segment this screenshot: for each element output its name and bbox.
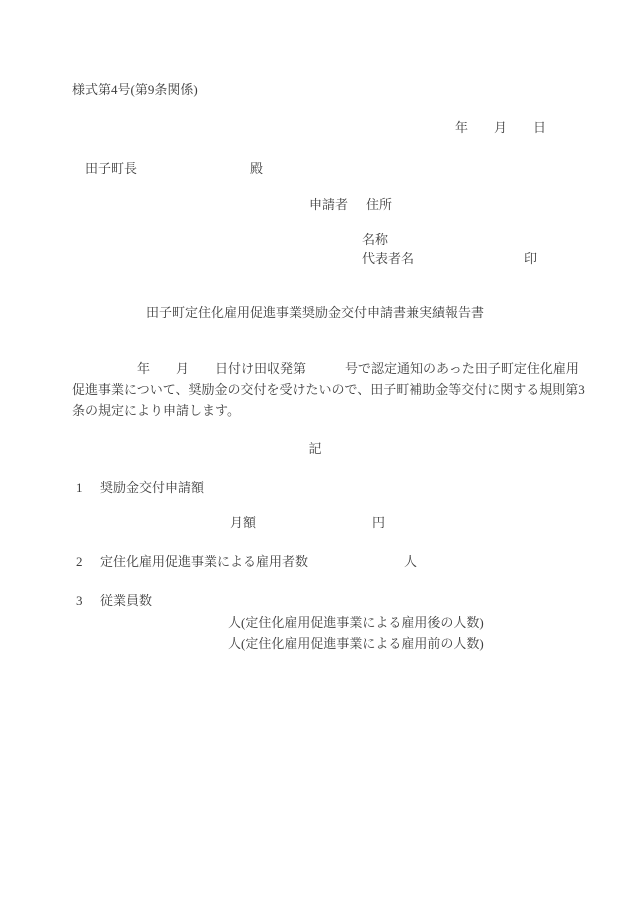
- item-2-unit: 人: [404, 554, 417, 569]
- item-1-number: 1: [76, 480, 83, 495]
- applicant-label: 申請者: [309, 197, 348, 212]
- document-title: 田子町定住化雇用促進事業奨励金交付申請書兼実績報告書: [0, 305, 630, 320]
- item-2-label: 定住化雇用促進事業による雇用者数: [100, 554, 308, 569]
- record-heading: 記: [0, 441, 630, 456]
- item-3-label: 従業員数: [100, 593, 152, 608]
- date-line: 年 月 日: [455, 120, 546, 135]
- item-2-number: 2: [76, 554, 83, 569]
- body-line-2: 促進事業について、奨励金の交付を受けたいので、田子町補助金等交付に関する規則第3: [72, 382, 585, 397]
- item-3-number: 3: [76, 593, 83, 608]
- applicant-name-label: 名称: [362, 232, 388, 247]
- item-1-monthly-label: 月額: [230, 515, 256, 530]
- applicant-address-label: 住所: [366, 197, 392, 212]
- body-line-3: 条の規定により申請します。: [72, 403, 240, 418]
- body-line-1: 年 月 日付け田収発第 号で認定通知のあった田子町定住化雇用: [72, 361, 579, 376]
- applicant-representative-label: 代表者名: [362, 251, 414, 266]
- document-page: 様式第4号(第9条関係) 年 月 日 田子町長 殿 申請者 住所 名称 代表者名…: [0, 0, 630, 915]
- item-3-before-line: 人(定住化雇用促進事業による雇用前の人数): [228, 636, 484, 651]
- item-3-after-line: 人(定住化雇用促進事業による雇用後の人数): [228, 615, 484, 630]
- item-1-unit: 円: [372, 515, 385, 530]
- form-number: 様式第4号(第9条関係): [72, 82, 198, 97]
- item-1-label: 奨励金交付申請額: [100, 480, 204, 495]
- addressee-honorific: 殿: [250, 161, 263, 176]
- addressee-name: 田子町長: [85, 161, 137, 176]
- seal-label: 印: [524, 251, 537, 266]
